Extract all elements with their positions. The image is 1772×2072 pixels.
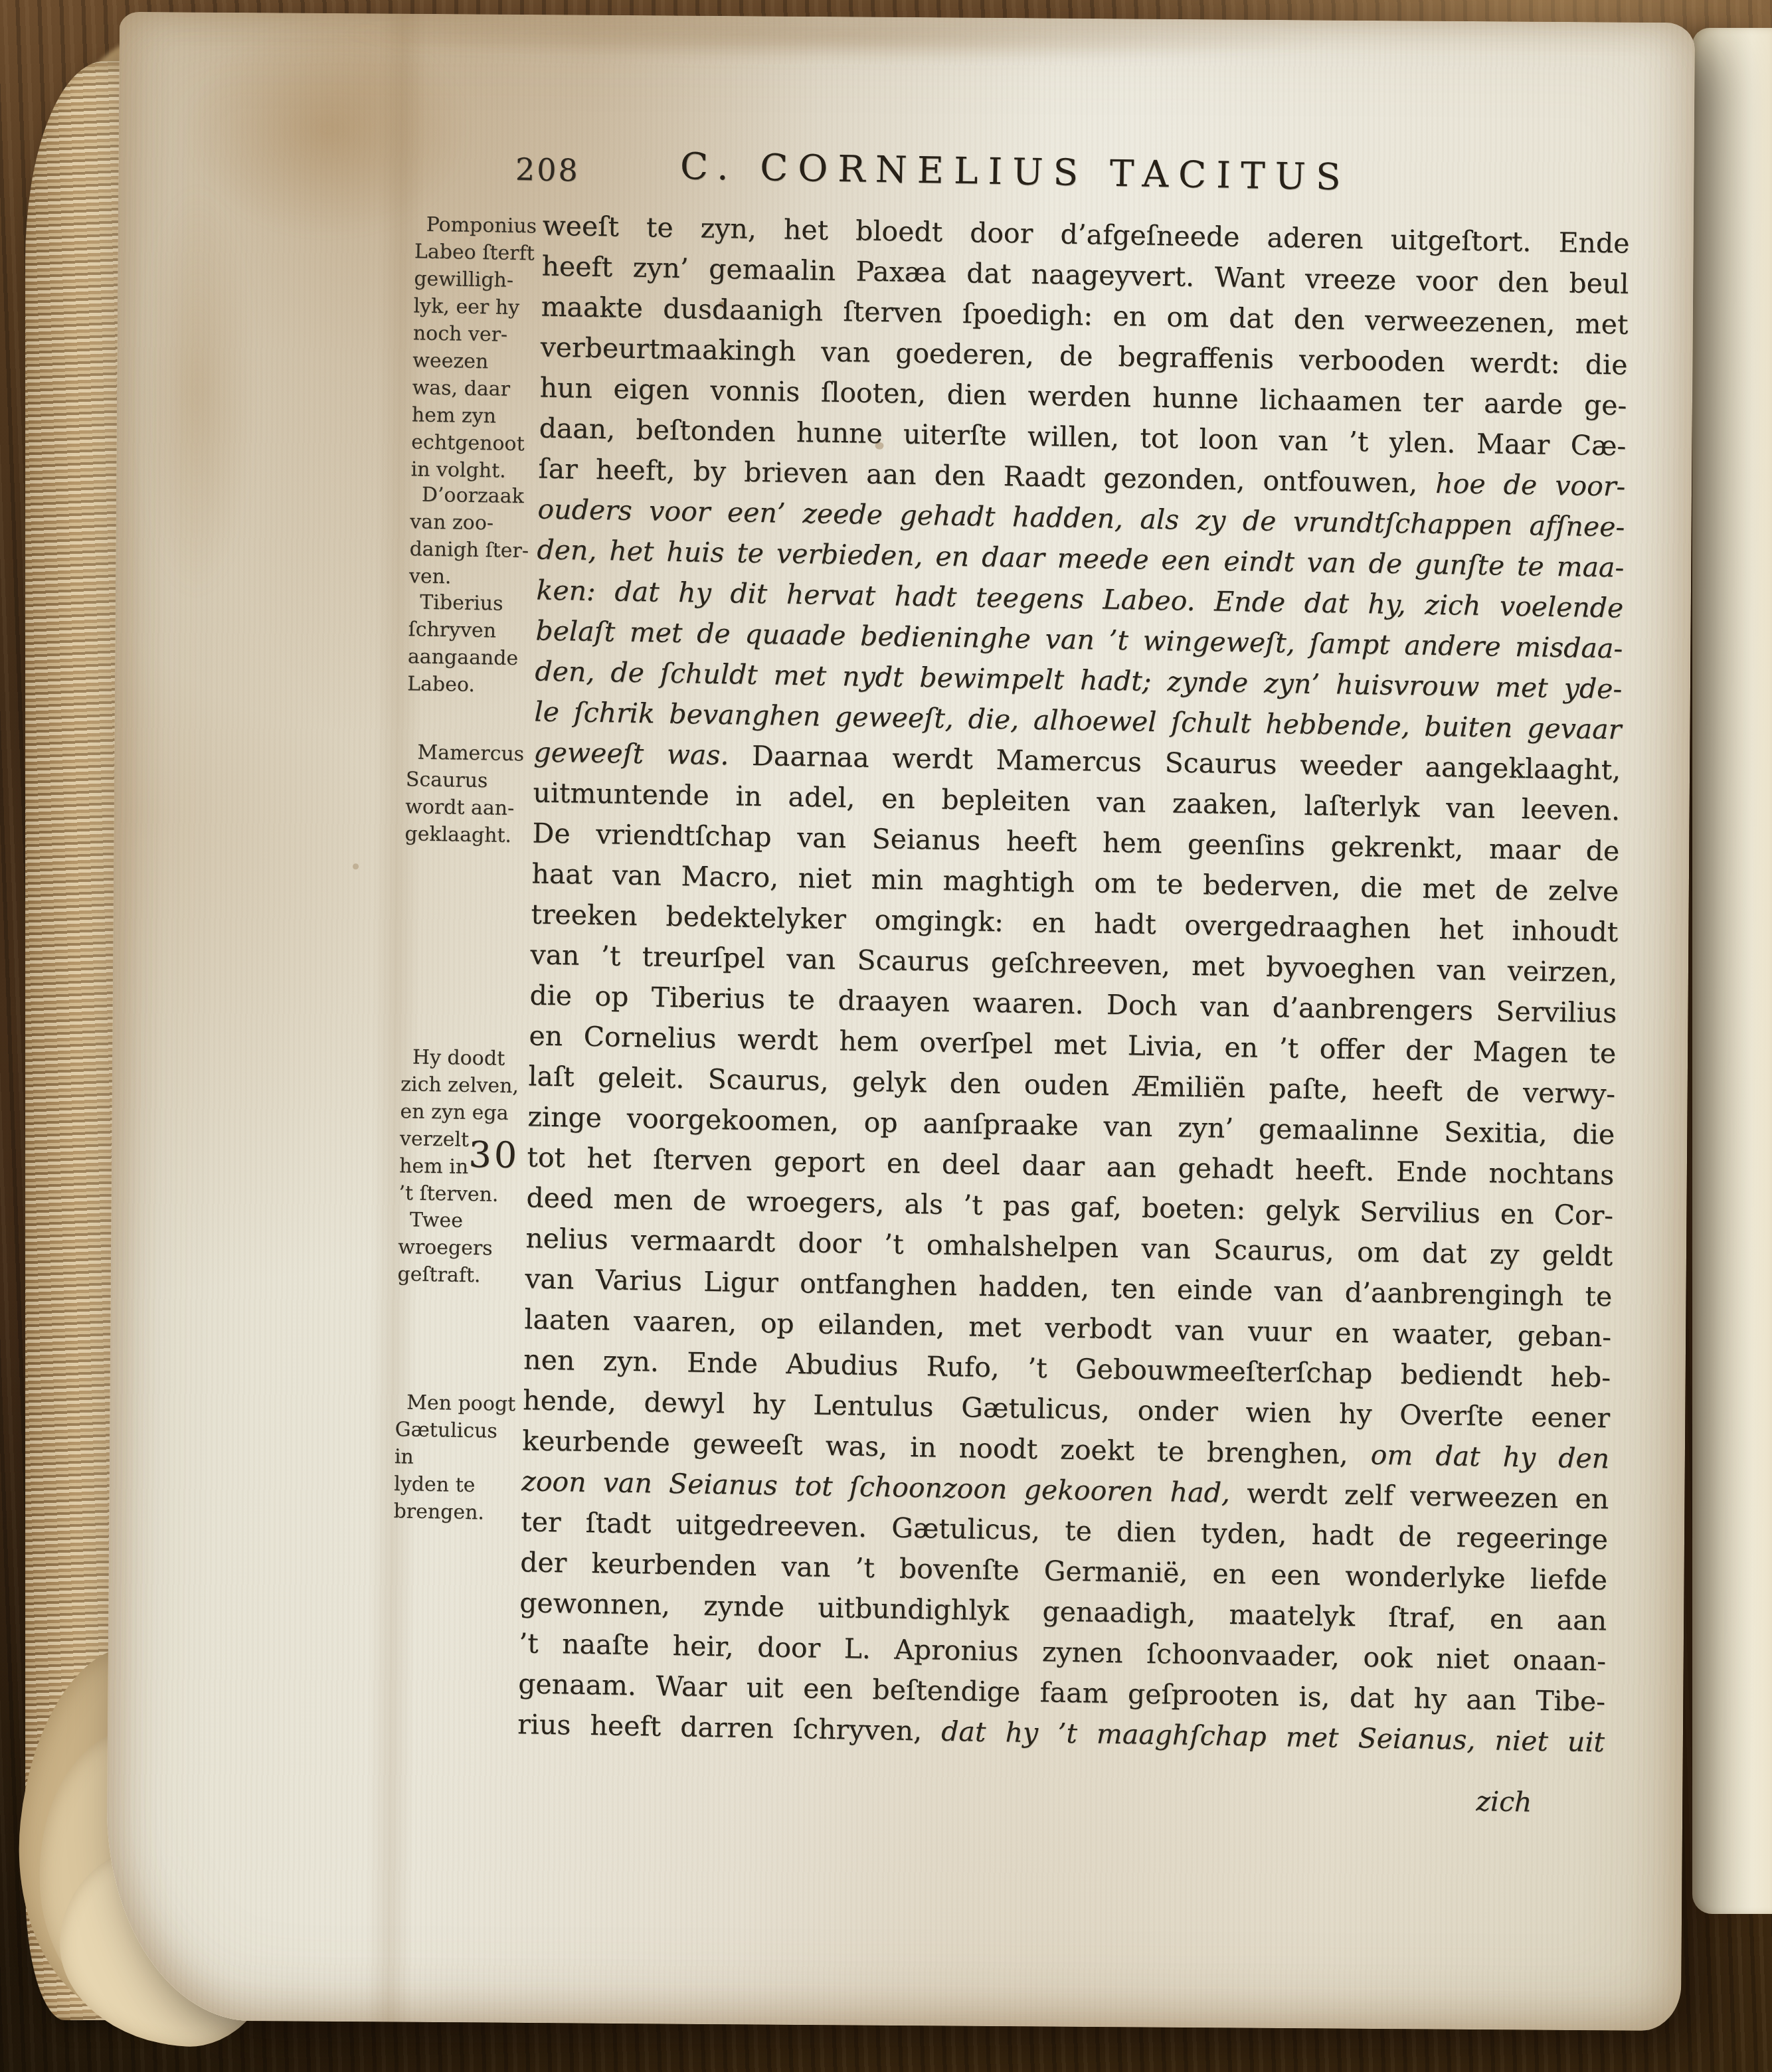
margin-note-line: Men poogt — [395, 1389, 521, 1418]
margin-note-line: wroegers — [398, 1233, 523, 1262]
margin-note-line: lyk, eer hy — [413, 292, 539, 321]
margin-note-line: Hy doodt — [401, 1043, 527, 1073]
margin-note-line: was, daar — [412, 374, 537, 403]
margin-note-line: Twee — [398, 1206, 523, 1235]
margin-note-line: Gætulicus in — [395, 1416, 520, 1472]
margin-note-line: Labeo ſterft — [414, 238, 540, 267]
margin-note-line: van zoo- — [410, 508, 535, 537]
margin-year-number: 30 — [468, 1134, 520, 1176]
body-roman-segment: werdt zelf verweezen en — [1247, 1477, 1609, 1515]
margin-note-line: echtgenoot — [411, 428, 537, 458]
next-page-edge — [1692, 28, 1772, 1914]
margin-note-line: wordt aan- — [405, 793, 531, 822]
margin-note-line: hem zyn — [412, 401, 537, 430]
body-text: weeſt te zyn, het bloedt door d’afgeſnee… — [517, 207, 1630, 1764]
margin-note: TiberiusſchryvenaangaandeLabeo. — [407, 588, 534, 699]
margin-note-line: zich zelven, — [400, 1071, 526, 1100]
photograph-of-open-book: { "palette":{ "ink":"#2b251c", "paper_li… — [0, 0, 1772, 2072]
page-content: 208 C. CORNELIUS TACITUS PomponiusLabeo … — [88, 8, 1696, 2042]
margin-note-line: danigh ſter- — [409, 535, 535, 564]
margin-note-line: Labeo. — [407, 670, 533, 699]
body-italic-segment: om dat hy den — [1370, 1438, 1609, 1474]
catchword: zich — [516, 1769, 1604, 1819]
margin-note-line: Scaurus — [405, 766, 531, 795]
margin-note-line: Mamercus — [406, 738, 531, 768]
body-italic-segment: hoe de voor- — [1435, 468, 1626, 503]
book-page: 208 C. CORNELIUS TACITUS PomponiusLabeo … — [106, 12, 1695, 2031]
margin-note-line: gewilligh- — [414, 265, 539, 294]
margin-note: Men poogtGætulicus inlyden tebrengen. — [393, 1389, 520, 1527]
margin-note: D’oorzaakvan zoo-danigh ſter-ven. — [409, 481, 536, 592]
margin-note-line: weezen — [412, 347, 538, 376]
margin-note-line: D’oorzaak — [410, 481, 536, 510]
margin-note: Hy doodtzich zelven,en zyn egaverzelthem… — [399, 1043, 526, 1209]
margin-note-line: en zyn ega — [400, 1098, 525, 1127]
body-italic-segment: zoon van Seianus tot ſchoonzoon gekooren… — [521, 1465, 1247, 1509]
margin-note-line: Pomponius — [414, 211, 540, 240]
margin-note-line: aangaande — [408, 643, 533, 672]
margin-note-line: Tiberius — [408, 588, 534, 618]
margin-note-line: brengen. — [393, 1498, 519, 1527]
margin-note-line: lyden te — [394, 1470, 519, 1500]
running-title: C. CORNELIUS TACITUS — [680, 145, 1352, 199]
margin-note: PomponiusLabeo ſterftgewilligh-lyk, eer … — [410, 211, 540, 485]
margin-note-line: geſtraft. — [397, 1260, 523, 1290]
body-roman-segment: rius heeft darren ſchryven, — [517, 1708, 942, 1747]
margin-note-line: noch ver- — [413, 319, 539, 349]
margin-note: Tweewroegersgeſtraft. — [397, 1206, 523, 1290]
body-italic-segment: dat hy ’t maaghſchap met Seianus, niet u… — [941, 1715, 1605, 1759]
margin-note-line: ’t ſterven. — [399, 1179, 524, 1209]
margin-note-line: geklaaght. — [404, 820, 530, 849]
margin-note-line: ſchryven — [408, 616, 533, 645]
body-italic-segment: geweeſt was. — [533, 736, 729, 771]
margin-note: MamercusScauruswordt aan-geklaaght. — [404, 738, 531, 849]
page-number: 208 — [515, 151, 580, 189]
margin-note-line: ven. — [409, 562, 535, 592]
